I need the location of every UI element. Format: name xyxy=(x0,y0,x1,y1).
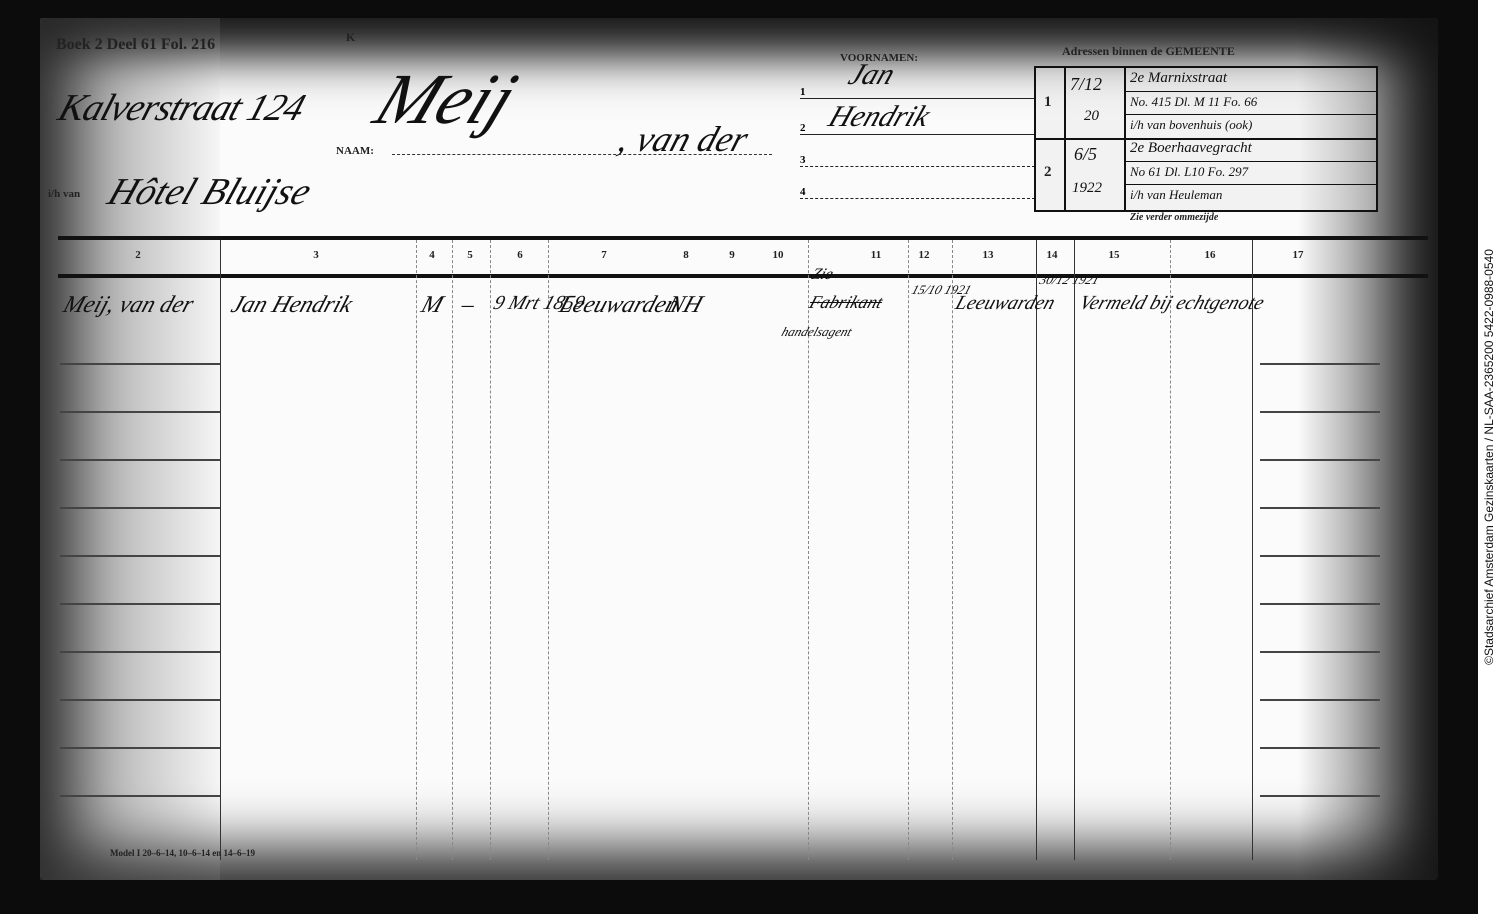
address-date-1: 7/12 xyxy=(1070,74,1102,95)
row-rule xyxy=(60,603,220,605)
row-rule xyxy=(1260,651,1380,653)
column-divider xyxy=(548,240,549,860)
entry-occupation-alt: handelsagent xyxy=(779,324,854,340)
row-rule xyxy=(60,459,220,461)
row-rule xyxy=(1260,459,1380,461)
column-divider xyxy=(908,240,909,860)
entry-remarks: Vermeld bij echtgenote xyxy=(1076,292,1267,315)
row-rule xyxy=(60,651,220,653)
column-divider xyxy=(952,240,953,860)
col-num: 12 xyxy=(909,249,939,261)
col-num: 8 xyxy=(671,249,701,261)
row-rule xyxy=(1260,795,1380,797)
address-ivan-1: i/h van bovenhuis (ook) xyxy=(1130,117,1252,133)
entry-surname: Meij, van der xyxy=(60,292,197,319)
voornaam-line-3 xyxy=(800,166,1035,167)
col-num: 16 xyxy=(1195,249,1225,261)
address-street-2: 2e Boerhaavegracht xyxy=(1130,140,1252,157)
col-num: 2 xyxy=(123,249,153,261)
address-year-2: 1922 xyxy=(1072,180,1102,197)
previous-address: Hôtel Bluijse xyxy=(102,170,317,214)
entry-origin: Leeuwarden xyxy=(952,292,1058,315)
row-rule xyxy=(60,507,220,509)
row-rule xyxy=(1260,603,1380,605)
col-num: 10 xyxy=(763,249,793,261)
see-reverse-note: Zie verder ommezijde xyxy=(1130,212,1218,223)
address-street-1: 2e Marnixstraat xyxy=(1130,70,1227,87)
copyright-credit: ©Stadsarchief Amsterdam Gezinskaarten / … xyxy=(1482,249,1496,665)
row-rule xyxy=(60,363,220,365)
row-rule xyxy=(1260,747,1380,749)
entry-given-names: Jan Hendrik xyxy=(228,292,356,319)
column-divider xyxy=(1074,240,1075,860)
col-num: 6 xyxy=(505,249,535,261)
voornaam-line-4 xyxy=(800,198,1035,199)
voornaam-line-2 xyxy=(800,134,1035,135)
col-num: 9 xyxy=(717,249,747,261)
column-divider xyxy=(452,240,453,860)
column-divider xyxy=(1252,240,1253,860)
address-date-2: 6/5 xyxy=(1074,144,1097,165)
col-num: 15 xyxy=(1099,249,1129,261)
col-num: 5 xyxy=(455,249,485,261)
row-rule xyxy=(60,555,220,557)
entry-occupation: Fabrikant xyxy=(807,292,886,313)
credit-strip: ©Stadsarchief Amsterdam Gezinskaarten / … xyxy=(1478,0,1499,914)
table-header: 2 3 4 5 6 7 8 9 10 11 12 13 14 15 16 17 xyxy=(58,236,1428,278)
address-year-1: 20 xyxy=(1084,108,1099,125)
entry-departure-date: 30/12 1921 xyxy=(1037,272,1101,288)
address-ivan-2: i/h van Heuleman xyxy=(1130,187,1222,203)
voornaam-num-1: 1 xyxy=(800,86,806,98)
voornaam-2: Hendrik xyxy=(824,100,935,134)
col-num: 7 xyxy=(589,249,619,261)
column-divider xyxy=(1036,240,1037,860)
address-index-2: 2 xyxy=(1044,164,1052,181)
ivan-label: i/h van xyxy=(48,188,80,200)
voornaam-num-3: 3 xyxy=(800,154,806,166)
col-num: 4 xyxy=(417,249,447,261)
voornaam-num-2: 2 xyxy=(800,122,806,134)
naam-label: NAAM: xyxy=(336,145,374,157)
entry-birth-place: Leeuwarden xyxy=(556,292,683,319)
col-num: 13 xyxy=(973,249,1003,261)
row-rule xyxy=(1260,555,1380,557)
naam-line xyxy=(392,154,772,155)
model-line: Model I 20–6–14, 10–6–14 en 14–6–19 xyxy=(110,848,255,858)
row-rule xyxy=(60,699,220,701)
column-divider xyxy=(490,240,491,860)
address-no-1: No. 415 Dl. M 11 Fo. 66 xyxy=(1130,94,1257,110)
street-address: Kalverstraat 124 xyxy=(53,86,310,130)
book-reference: Boek 2 Deel 61 Fol. 216 xyxy=(56,36,215,54)
col-num: 14 xyxy=(1037,249,1067,261)
card-letter: K xyxy=(346,30,355,45)
row-rule xyxy=(60,747,220,749)
row-rule xyxy=(1260,411,1380,413)
col-num: 3 xyxy=(301,249,331,261)
voornaam-line-1 xyxy=(800,98,1035,99)
col-num: 11 xyxy=(861,249,891,261)
column-divider xyxy=(1170,240,1171,860)
voornaam-num-4: 4 xyxy=(800,186,806,198)
row-rule xyxy=(1260,363,1380,365)
address-no-2: No 61 Dl. L10 Fo. 297 xyxy=(1130,164,1248,180)
addresses-title: Adressen binnen de GEMEENTE xyxy=(1062,44,1235,59)
row-rule xyxy=(60,411,220,413)
row-rule xyxy=(1260,507,1380,509)
row-rule xyxy=(1260,699,1380,701)
col-num: 17 xyxy=(1283,249,1313,261)
column-divider xyxy=(416,240,417,860)
column-divider xyxy=(220,240,221,860)
addresses-box: 1 7/12 20 2e Marnixstraat No. 415 Dl. M … xyxy=(1034,66,1378,212)
row-rule xyxy=(60,795,220,797)
address-index-1: 1 xyxy=(1044,94,1052,111)
